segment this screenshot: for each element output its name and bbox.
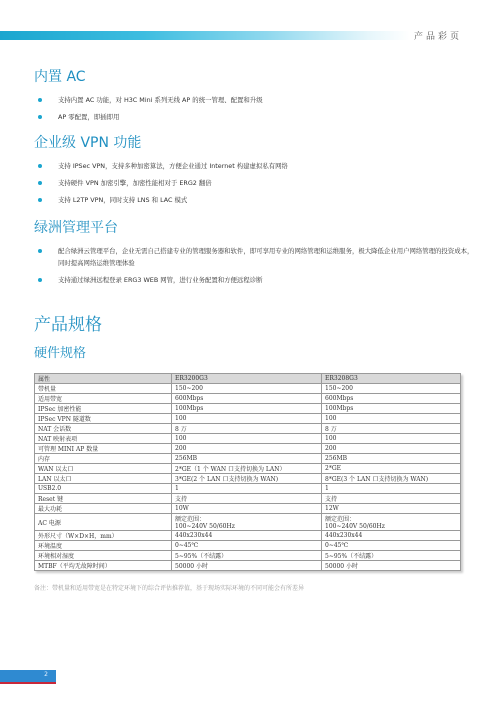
table-cell: 0~45℃ (172, 541, 322, 551)
table-cell: 2*GE (322, 464, 461, 474)
table-cell: 5~95%（不结露） (172, 551, 322, 561)
hardware-specs-heading: 硬件规格 (34, 342, 86, 361)
header-title: 产品彩页 (414, 29, 462, 42)
table-row: USB2.011 (35, 484, 461, 494)
table-cell: IPSec 加密性能 (35, 404, 172, 414)
list-item: 配合绿洲云管理平台，企业无需自己搭建专业的管理服务器和软件，即可享用专业的网络管… (34, 245, 478, 269)
table-cell: 150~200 (322, 384, 461, 394)
table-cell: 8 万 (172, 424, 322, 434)
list-item: 支持内置 AC 功能，对 H3C Mini 系列无线 AP 的统一管理、配置和升… (34, 94, 478, 106)
table-cell: 50000 小时 (322, 561, 461, 571)
table-note: 备注：带机量和适用带宽是在特定环境下的综合评估推荐值，基于现场实际环境的不同可能… (34, 583, 474, 592)
table-cell: WAN 以太口 (35, 464, 172, 474)
table-row: MTBF（平均无故障时间）50000 小时50000 小时 (35, 561, 461, 571)
table-row: 可管理 MINI AP 数量200200 (35, 444, 461, 454)
page-number-bar: 2 (0, 670, 56, 684)
bullet-icon (38, 164, 42, 168)
table-cell: 外形尺寸（W×D×H，mm） (35, 531, 172, 541)
table-cell: 50000 小时 (172, 561, 322, 571)
table-cell: 256MB (172, 454, 322, 464)
table-cell: 8*GE(3 个 LAN 口支持切换为 WAN) (322, 474, 461, 484)
section-title: 企业级 VPN 功能 (34, 132, 478, 152)
section-enterprise-vpn: 企业级 VPN 功能 支持 IPSec VPN，支持多种加密算法，方便企业通过 … (34, 132, 478, 206)
page-number: 2 (44, 671, 48, 678)
table-row: LAN 以太口3*GE(2 个 LAN 口支持切换为 WAN)8*GE(3 个 … (35, 474, 461, 484)
table-cell: 带机量 (35, 384, 172, 394)
table-cell: 额定范围： 100~240V 50/60Hz (322, 514, 461, 531)
table-row: 最大功耗10W12W (35, 504, 461, 514)
column-header: ER3208G3 (322, 374, 461, 384)
table-cell: 可管理 MINI AP 数量 (35, 444, 172, 454)
table-row: NAT 会话数8 万8 万 (35, 424, 461, 434)
bullet-list: 支持 IPSec VPN，支持多种加密算法，方便企业通过 Internet 构建… (34, 160, 478, 206)
table-row: NAT 映射表项100100 (35, 434, 461, 444)
table-row: 外形尺寸（W×D×H，mm）440x230x44440x230x44 (35, 531, 461, 541)
table-row: Reset 键支持支持 (35, 494, 461, 504)
table-cell: 1 (322, 484, 461, 494)
section-title: 绿洲管理平台 (34, 217, 478, 237)
list-item: AP 零配置，即插即用 (34, 111, 478, 123)
bullet-list: 支持内置 AC 功能，对 H3C Mini 系列无线 AP 的统一管理、配置和升… (34, 94, 478, 123)
table-cell: 150~200 (172, 384, 322, 394)
table-cell: 0~45℃ (322, 541, 461, 551)
table-cell: 适用带宽 (35, 394, 172, 404)
column-header: 属性 (35, 374, 172, 384)
section-builtin-ac: 内置 AC 支持内置 AC 功能，对 H3C Mini 系列无线 AP 的统一管… (34, 66, 478, 123)
bullet-icon (38, 115, 42, 119)
table-row: IPSec 加密性能100Mbps100Mbps (35, 404, 461, 414)
table-row: 带机量150~200150~200 (35, 384, 461, 394)
table-cell: 440x230x44 (172, 531, 322, 541)
table-cell: 100 (172, 434, 322, 444)
section-oasis-platform: 绿洲管理平台 配合绿洲云管理平台，企业无需自己搭建专业的管理服务器和软件，即可享… (34, 217, 478, 286)
bullet-list: 配合绿洲云管理平台，企业无需自己搭建专业的管理服务器和软件，即可享用专业的网络管… (34, 245, 478, 286)
table-row: IPSec VPN 隧道数100100 (35, 414, 461, 424)
table-cell: AC 电源 (35, 514, 172, 531)
table-cell: 环境相对湿度 (35, 551, 172, 561)
table-cell: 3*GE(2 个 LAN 口支持切换为 WAN) (172, 474, 322, 484)
table-cell: 440x230x44 (322, 531, 461, 541)
list-item: 支持硬件 VPN 加密引擎，加密性能相对于 ERG2 翻倍 (34, 177, 478, 189)
table-cell: Reset 键 (35, 494, 172, 504)
list-item: 支持 L2TP VPN，同时支持 LNS 和 LAC 模式 (34, 194, 478, 206)
table-row: WAN 以太口2*GE（1 个 WAN 口支持切换为 LAN）2*GE (35, 464, 461, 474)
table-cell: NAT 会话数 (35, 424, 172, 434)
list-item: 支持 IPSec VPN，支持多种加密算法，方便企业通过 Internet 构建… (34, 160, 478, 172)
table-cell: 环境温度 (35, 541, 172, 551)
subsection-title: 硬件规格 (34, 342, 86, 361)
bullet-icon (38, 181, 42, 185)
bullet-icon (38, 249, 42, 253)
table-row: 内存256MB256MB (35, 454, 461, 464)
table-cell: 200 (322, 444, 461, 454)
table-cell: 内存 (35, 454, 172, 464)
table-cell: 最大功耗 (35, 504, 172, 514)
table-cell: 600Mbps (322, 394, 461, 404)
bullet-icon (38, 198, 42, 202)
table-cell: 600Mbps (172, 394, 322, 404)
table-cell: 12W (322, 504, 461, 514)
table-cell: 100 (322, 434, 461, 444)
bullet-icon (38, 278, 42, 282)
table-cell: NAT 映射表项 (35, 434, 172, 444)
table-cell: LAN 以太口 (35, 474, 172, 484)
table-cell: 支持 (322, 494, 461, 504)
section-title: 内置 AC (34, 66, 478, 86)
table-cell: IPSec VPN 隧道数 (35, 414, 172, 424)
table-row: AC 电源额定范围： 100~240V 50/60Hz额定范围： 100~240… (35, 514, 461, 531)
table-cell: 10W (172, 504, 322, 514)
table-cell: 8 万 (322, 424, 461, 434)
table-cell: 200 (172, 444, 322, 454)
page-title: 产品规格 (34, 310, 102, 335)
table-cell: 100Mbps (322, 404, 461, 414)
bullet-icon (38, 98, 42, 102)
table-cell: 256MB (322, 454, 461, 464)
table-cell: 5~95%（不结露） (322, 551, 461, 561)
table-row: 环境温度0~45℃0~45℃ (35, 541, 461, 551)
table-cell: 支持 (172, 494, 322, 504)
table-cell: MTBF（平均无故障时间） (35, 561, 172, 571)
table-cell: 额定范围： 100~240V 50/60Hz (172, 514, 322, 531)
table-cell: USB2.0 (35, 484, 172, 494)
header-gradient-bar (0, 31, 410, 40)
table-cell: 100 (322, 414, 461, 424)
table-cell: 100Mbps (172, 404, 322, 414)
product-specs-heading: 产品规格 (34, 310, 102, 335)
table-row: 适用带宽600Mbps600Mbps (35, 394, 461, 404)
column-header: ER3200G3 (172, 374, 322, 384)
table-cell: 2*GE（1 个 WAN 口支持切换为 LAN） (172, 464, 322, 474)
list-item: 支持通过绿洲远程登录 ERG3 WEB 网管，进行业务配置和方便远程诊断 (34, 274, 478, 286)
table-row: 环境相对湿度5~95%（不结露）5~95%（不结露） (35, 551, 461, 561)
hardware-spec-table: 属性 ER3200G3 ER3208G3 带机量150~200150~200适用… (34, 373, 461, 571)
table-header-row: 属性 ER3200G3 ER3208G3 (35, 374, 461, 384)
table-cell: 1 (172, 484, 322, 494)
table-cell: 100 (172, 414, 322, 424)
